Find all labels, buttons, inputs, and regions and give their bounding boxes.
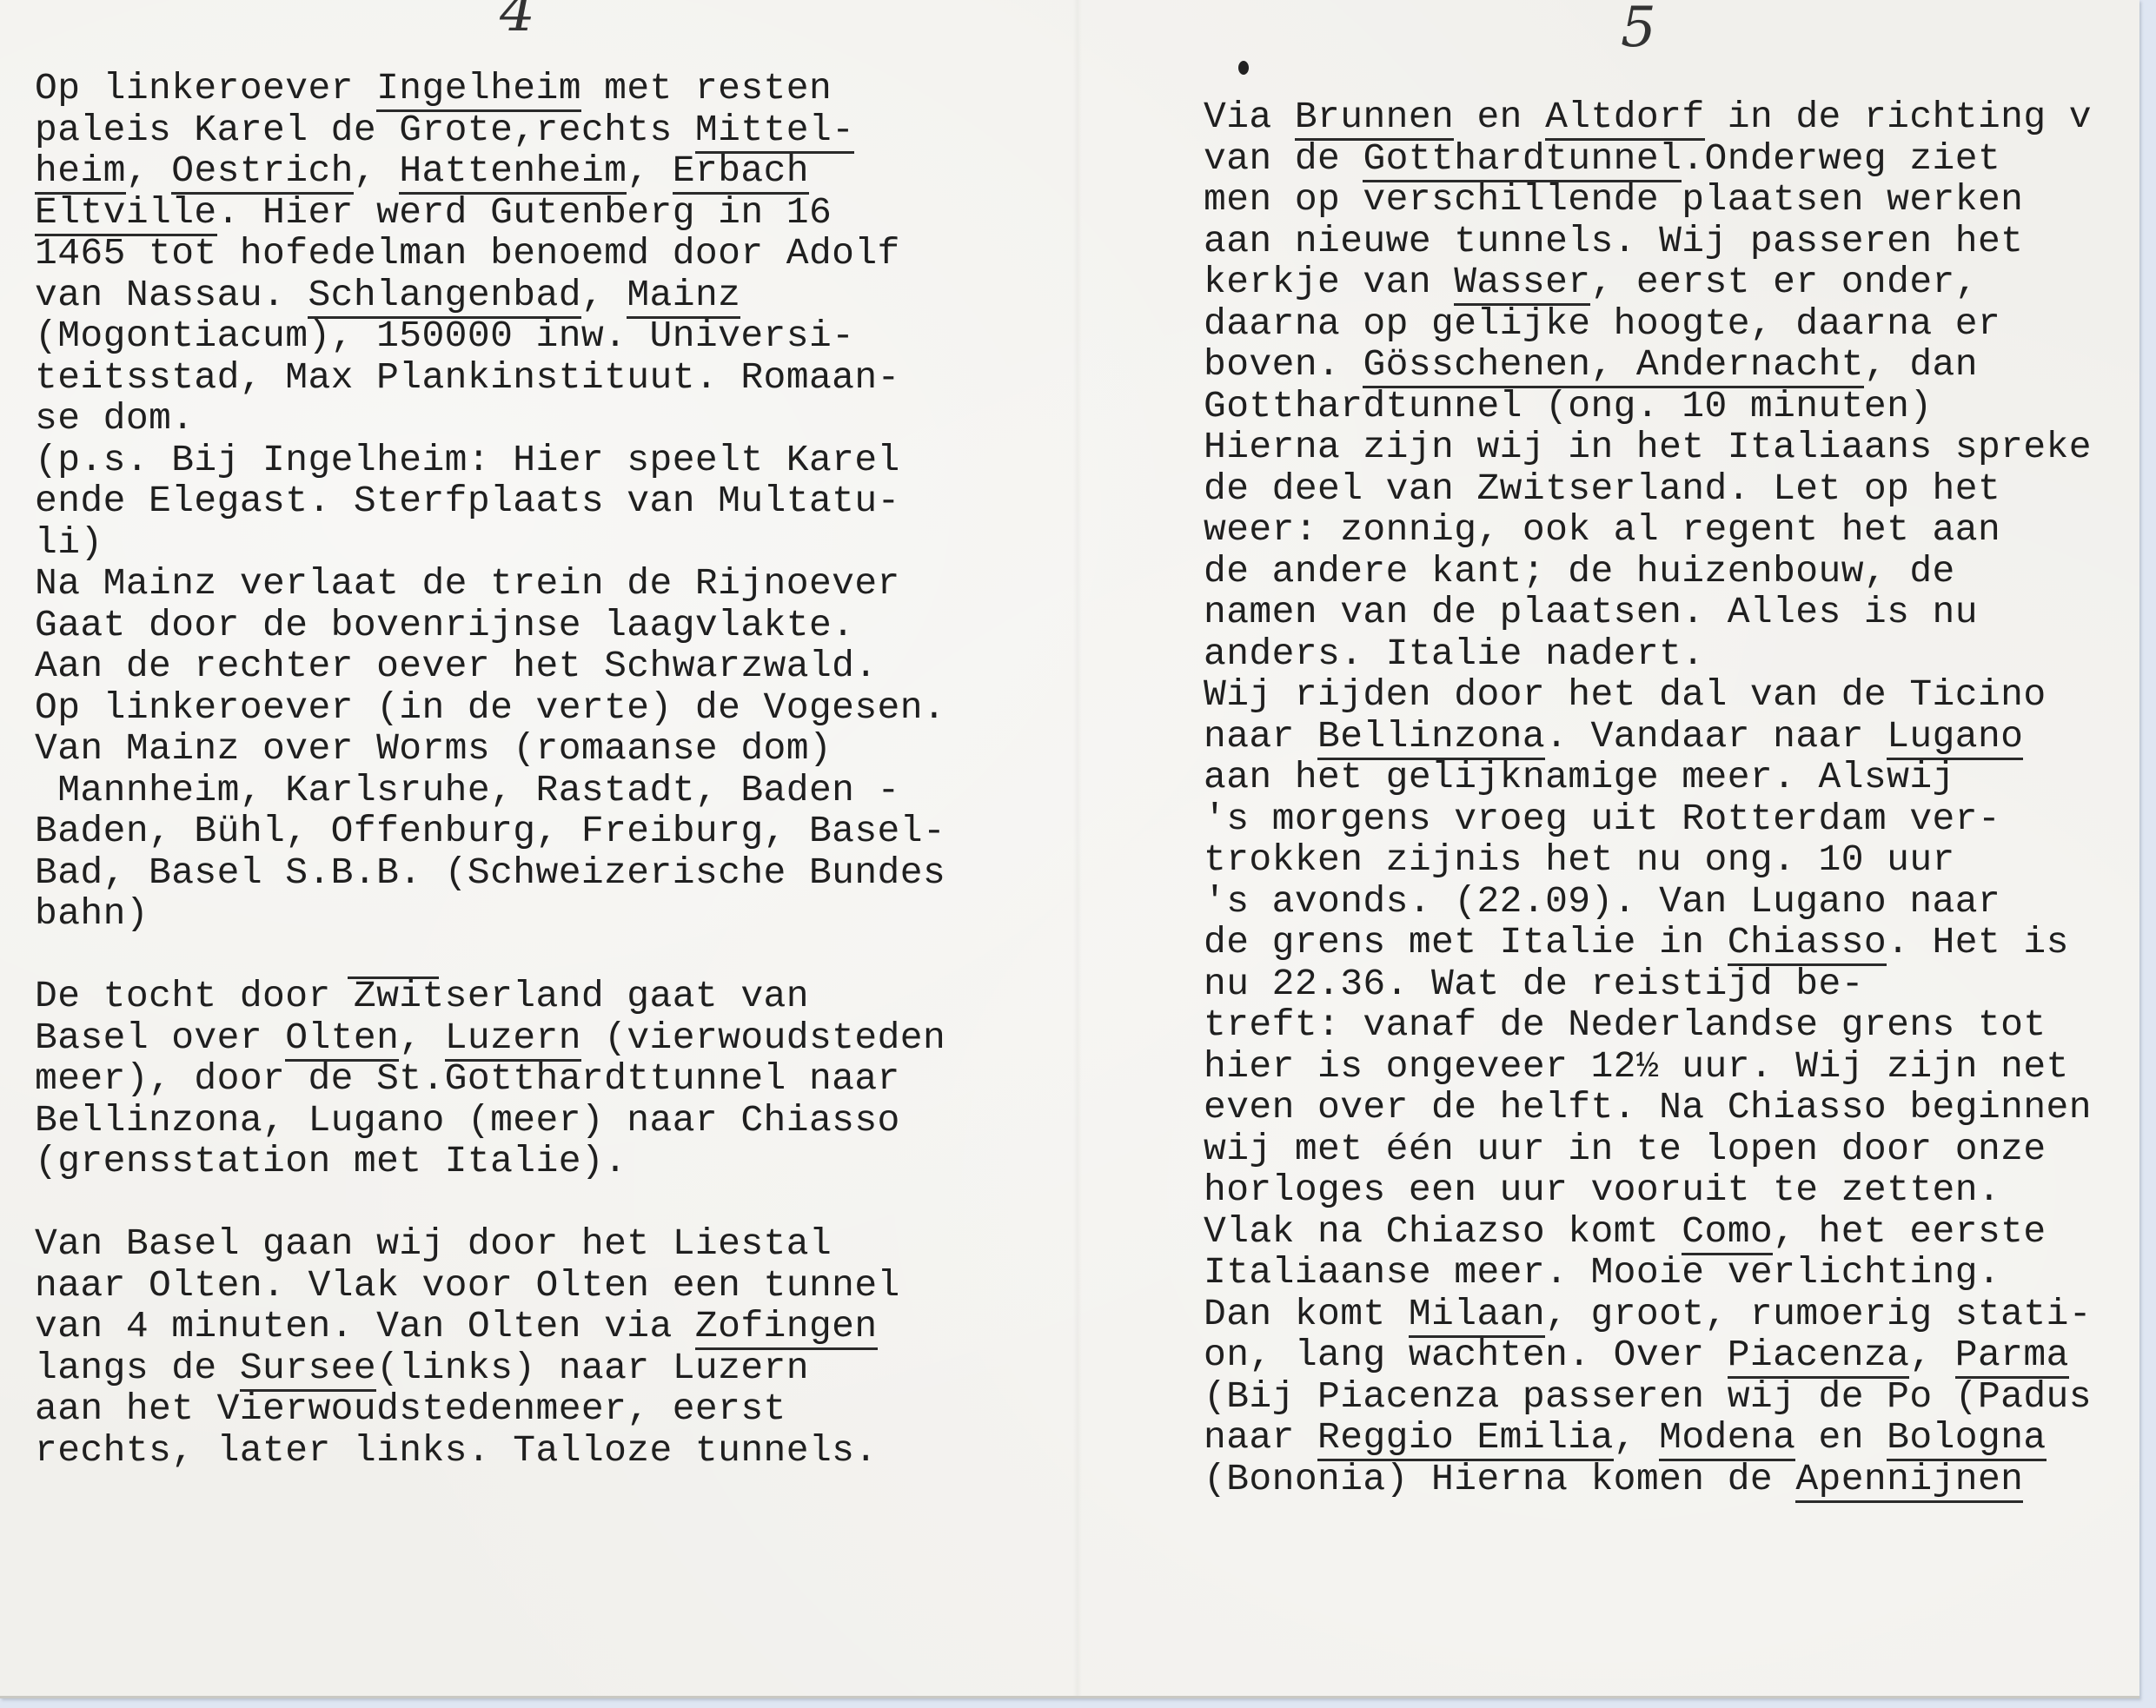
left_page-line: (grensstation met Italie).: [35, 1141, 945, 1182]
center-fold: [1073, 0, 1082, 1696]
left-page-text: Op linkeroever Ingelheim met restenpalei…: [35, 68, 945, 1471]
right_page-line: de grens met Italie in Chiasso. Het is: [1204, 922, 2092, 963]
left_page-line: langs de Sursee(links) naar Luzern: [35, 1347, 945, 1389]
left_page-line: meer), door de St.Gotthardttunnel naar: [35, 1058, 945, 1100]
right_page-line: Hierna zijn wij in het Italiaans spreke: [1204, 427, 2092, 468]
right_page-line: nu 22.36. Wat de reistijd be-: [1204, 963, 2092, 1005]
right_page-line: (Bononia) Hierna komen de Apennijnen: [1204, 1459, 2092, 1500]
right_page-line: de deel van Zwitserland. Let op het: [1204, 468, 2092, 510]
left_page-line: heim, Oestrich, Hattenheim, Erbach: [35, 150, 945, 192]
ink-dot: [1238, 61, 1249, 75]
left_page-line: Van Basel gaan wij door het Liestal: [35, 1223, 945, 1265]
left_page-line: van Nassau. Schlangenbad, Mainz: [35, 275, 945, 316]
left_page-line: Na Mainz verlaat de trein de Rijnoever: [35, 563, 945, 605]
right_page-line: Dan komt Milaan, groot, rumoerig stati-: [1204, 1294, 2092, 1335]
page-number-right: 5: [1621, 0, 1656, 56]
left_page-line: [35, 935, 945, 976]
left_page-line: (Mogontiacum), 150000 inw. Universi-: [35, 315, 945, 357]
right_page-line: kerkje van Wasser, eerst er onder,: [1204, 261, 2092, 303]
right_page-line: 's avonds. (22.09). Van Lugano naar: [1204, 881, 2092, 923]
right_page-line: anders. Italie nadert.: [1204, 633, 2092, 675]
right_page-line: van de Gotthardtunnel.Onderweg ziet: [1204, 138, 2092, 180]
right_page-line: aan het gelijknamige meer. Alswij: [1204, 757, 2092, 798]
right_page-line: horloges een uur vooruit te zetten.: [1204, 1169, 2092, 1211]
right_page-line: wij met één uur in te lopen door onze: [1204, 1129, 2092, 1170]
right_page-line: treft: vanaf de Nederlandse grens tot: [1204, 1004, 2092, 1046]
left_page-line: Mannheim, Karlsruhe, Rastadt, Baden -: [35, 770, 945, 811]
left_page-line: 1465 tot hofedelman benoemd door Adolf: [35, 233, 945, 275]
left_page-line: ende Elegast. Sterfplaats van Multatu-: [35, 480, 945, 522]
right_page-line: de andere kant; de huizenbouw, de: [1204, 551, 2092, 593]
right_page-line: naar Bellinzona. Vandaar naar Lugano: [1204, 716, 2092, 758]
left_page-line: aan het Vierwoudstedenmeer, eerst: [35, 1388, 945, 1430]
left_page-line: Bellinzona, Lugano (meer) naar Chiasso: [35, 1100, 945, 1142]
right_page-line: Via Brunnen en Altdorf in de richting v: [1204, 96, 2092, 138]
right_page-line: (Bij Piacenza passeren wij de Po (Padus: [1204, 1376, 2092, 1418]
right_page-line: weer: zonnig, ook al regent het aan: [1204, 509, 2092, 551]
left_page-line: De tocht door Zwitserland gaat van: [35, 976, 945, 1017]
right_page-line: men op verschillende plaatsen werken: [1204, 179, 2092, 221]
left_page-line: li): [35, 522, 945, 564]
right_page-line: Vlak na Chiazso komt Como, het eerste: [1204, 1211, 2092, 1253]
left_page-line: se dom.: [35, 398, 945, 440]
page-number-left: 4: [500, 0, 535, 40]
left_page-line: bahn): [35, 893, 945, 935]
left_page-line: Op linkeroever Ingelheim met resten: [35, 68, 945, 109]
left_page-line: van 4 minuten. Van Olten via Zofingen: [35, 1306, 945, 1347]
right_page-line: trokken zijnis het nu ong. 10 uur: [1204, 839, 2092, 881]
left_page-line: Bad, Basel S.B.B. (Schweizerische Bundes: [35, 852, 945, 894]
left_page-line: Van Mainz over Worms (romaanse dom): [35, 728, 945, 770]
left_page-line: Aan de rechter oever het Schwarzwald.: [35, 645, 945, 687]
right_page-line: Wij rijden door het dal van de Ticino: [1204, 674, 2092, 716]
right_page-line: Italiaanse meer. Mooie verlichting.: [1204, 1252, 2092, 1294]
right-page-text: Via Brunnen en Altdorf in de richting vv…: [1204, 96, 2092, 1499]
left_page-line: naar Olten. Vlak voor Olten een tunnel: [35, 1265, 945, 1307]
left_page-line: rechts, later links. Talloze tunnels.: [35, 1430, 945, 1472]
right_page-line: boven. Gösschenen, Andernacht, dan: [1204, 344, 2092, 386]
paper-sheet: 4 5 Op linkeroever Ingelheim met restenp…: [0, 0, 2139, 1698]
right_page-line: on, lang wachten. Over Piacenza, Parma: [1204, 1334, 2092, 1376]
left_page-line: [35, 1182, 945, 1224]
right_page-line: naar Reggio Emilia, Modena en Bologna: [1204, 1417, 2092, 1459]
right_page-line: Gotthardtunnel (ong. 10 minuten): [1204, 386, 2092, 427]
right_page-line: hier is ongeveer 12½ uur. Wij zijn net: [1204, 1046, 2092, 1088]
left_page-line: (p.s. Bij Ingelheim: Hier speelt Karel: [35, 440, 945, 481]
right_page-line: namen van de plaatsen. Alles is nu: [1204, 592, 2092, 633]
left_page-line: Gaat door de bovenrijnse laagvlakte.: [35, 605, 945, 646]
left_page-line: Eltville. Hier werd Gutenberg in 16: [35, 192, 945, 234]
left_page-line: Baden, Bühl, Offenburg, Freiburg, Basel-: [35, 811, 945, 852]
left_page-line: teitsstad, Max Plankinstituut. Romaan-: [35, 357, 945, 399]
right_page-line: 's morgens vroeg uit Rotterdam ver-: [1204, 798, 2092, 840]
right_page-line: even over de helft. Na Chiasso beginnen: [1204, 1087, 2092, 1129]
right_page-line: daarna op gelijke hoogte, daarna er: [1204, 303, 2092, 345]
left_page-line: Basel over Olten, Luzern (vierwoudsteden: [35, 1017, 945, 1059]
right_page-line: aan nieuwe tunnels. Wij passeren het: [1204, 221, 2092, 262]
left_page-line: paleis Karel de Grote,rechts Mittel-: [35, 109, 945, 151]
left_page-line: Op linkeroever (in de verte) de Vogesen.: [35, 687, 945, 729]
